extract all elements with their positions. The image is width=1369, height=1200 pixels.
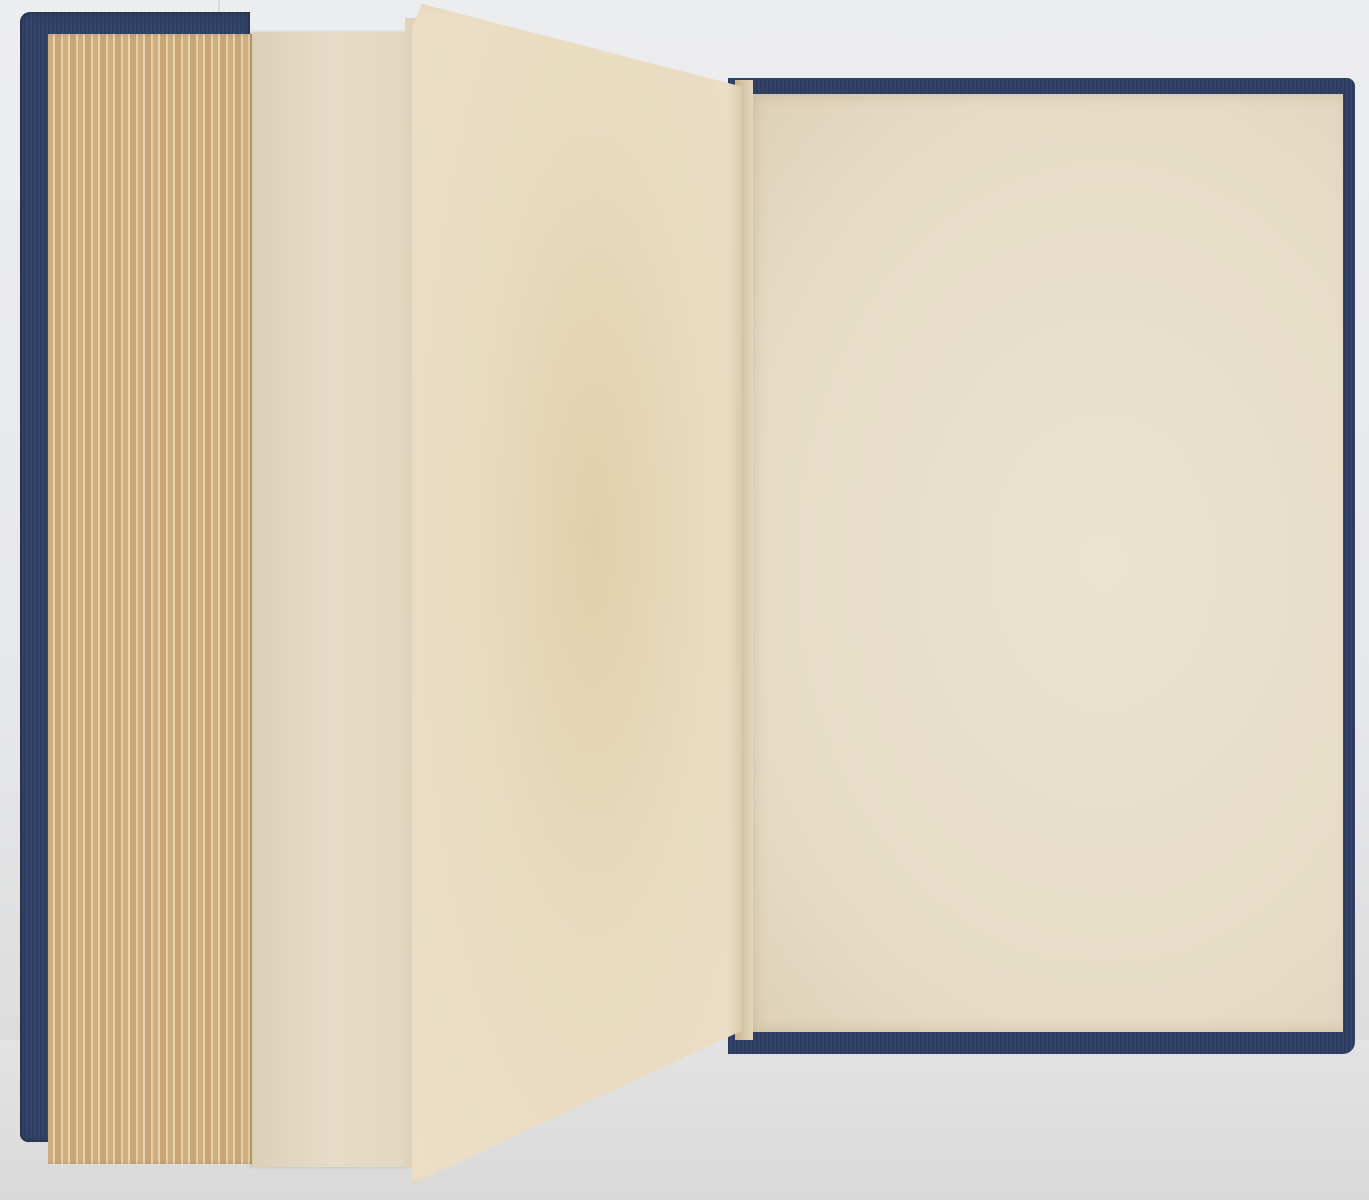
front-pastedown-endpaper (745, 94, 1343, 1032)
left-flyleaf (252, 32, 412, 1167)
standing-free-endpaper (412, 4, 742, 1184)
page-block-edges (48, 34, 260, 1164)
